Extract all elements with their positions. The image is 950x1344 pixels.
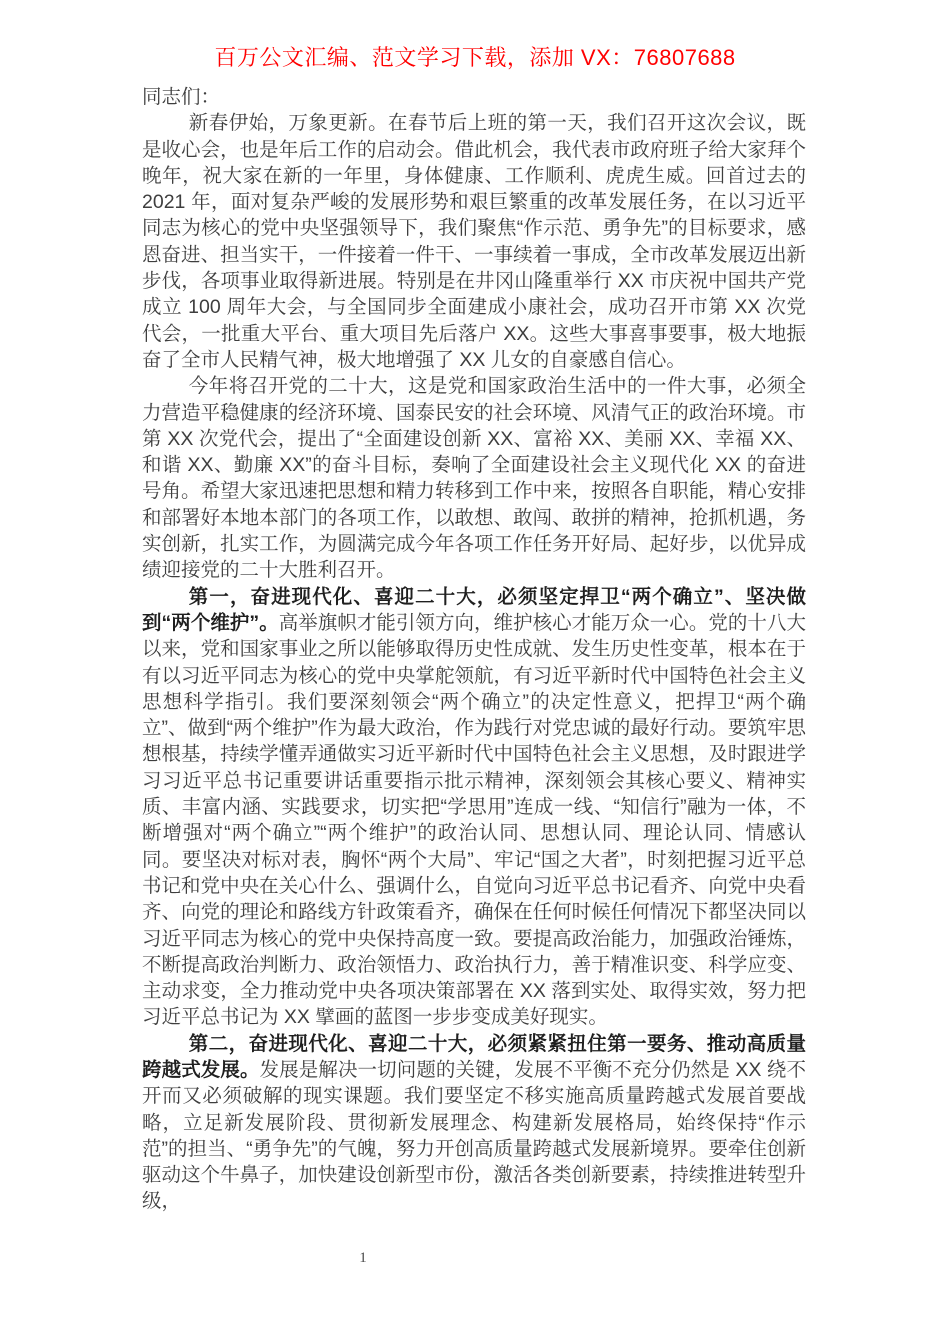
paragraph-point-two: 第二，奋进现代化、喜迎二十大，必须紧紧扭住第一要务、推动高质量跨越式发展。发展是…	[142, 1031, 806, 1215]
salutation: 同志们：	[142, 84, 806, 110]
paragraph-point-one-text: 高举旗帜才能引领方向，维护核心才能万众一心。党的十八大以来，党和国家事业之所以能…	[142, 612, 806, 1028]
page-number: 1	[338, 1248, 388, 1268]
paragraph-point-two-text: 发展是解决一切问题的关键，发展不平衡不充分仍然是 XX 绕不开而又必须破解的现实…	[142, 1059, 806, 1212]
paragraph-point-one: 第一，奋进现代化、喜迎二十大，必须坚定捍卫“两个确立”、坚决做到“两个维护”。高…	[142, 584, 806, 1031]
paragraph-opening: 新春伊始，万象更新。在春节后上班的第一天，我们召开这次会议，既是收心会，也是年后…	[142, 110, 806, 373]
header-promo-note: 百万公文汇编、范文学习下载，添加 VX：76807688	[0, 45, 950, 71]
document-body: 同志们： 新春伊始，万象更新。在春节后上班的第一天，我们召开这次会议，既是收心会…	[142, 84, 806, 1215]
document-page: 百万公文汇编、范文学习下载，添加 VX：76807688 同志们： 新春伊始，万…	[0, 0, 950, 1344]
paragraph-congress-text: 今年将召开党的二十大，这是党和国家政治生活中的一件大事，必须全力营造平稳健康的经…	[142, 375, 806, 581]
paragraph-opening-text: 新春伊始，万象更新。在春节后上班的第一天，我们召开这次会议，既是收心会，也是年后…	[142, 112, 806, 371]
paragraph-congress: 今年将召开党的二十大，这是党和国家政治生活中的一件大事，必须全力营造平稳健康的经…	[142, 373, 806, 583]
